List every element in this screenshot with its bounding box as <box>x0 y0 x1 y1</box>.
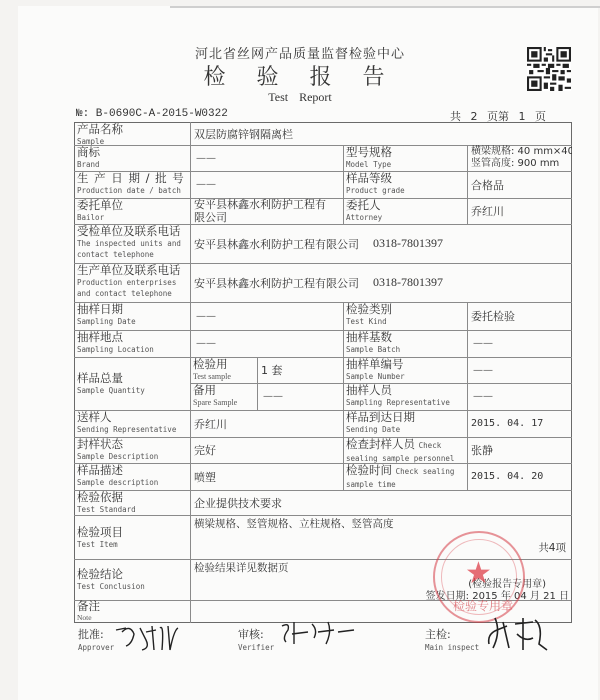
label-en-inline: Check sealing <box>396 467 455 476</box>
label-cn: 样品等级 <box>343 171 467 185</box>
value-check-time: 2015. 04. 20 <box>467 463 572 491</box>
label-en: Test Kind <box>343 316 467 327</box>
value-sampling-rep: —— <box>467 383 572 411</box>
label-cn: 产品名称 <box>74 122 190 136</box>
report-title: 检 验 报 告 <box>0 60 600 91</box>
label-en: Sample Batch <box>343 344 467 355</box>
label-sending-rep: 送样人 Sending Representative <box>74 410 191 438</box>
label-cn: 检验时间 <box>346 463 392 477</box>
standard-value: 企业提供技术要求 <box>190 495 282 511</box>
label-brand: 商标 Brand <box>74 145 191 172</box>
label-en: Bailor <box>74 212 190 223</box>
test-sample-value: 1 套 <box>257 362 283 378</box>
label-cn: 抽样单编号 <box>343 357 467 371</box>
sampling-location-value: —— <box>190 338 216 349</box>
label-en: Sample Quantity <box>74 385 190 396</box>
label-cn: 抽样日期 <box>74 302 190 316</box>
inspector-label: 主检: Main inspect <box>425 626 479 653</box>
label-cn: 送样人 <box>74 410 190 424</box>
label-en: Sending Date <box>343 424 467 435</box>
label-production: 生 产 日 期 / 批 号 Production date / batch <box>74 171 191 199</box>
label-seal-state: 封样状态 Sample Description <box>74 437 191 464</box>
label-conclusion: 检验结论 Test Conclusion <box>74 559 191 601</box>
sending-rep-value: 乔红川 <box>190 416 227 432</box>
label-cn: 封样状态 <box>74 437 190 451</box>
test-kind-value: 委托检验 <box>467 308 515 324</box>
label-test-sample: 检验用 Test sample <box>190 357 258 384</box>
label-cn: 生产单位及联系电话 <box>74 263 190 277</box>
label-en: Model Type <box>343 159 467 170</box>
label-en: Test Item <box>74 539 190 550</box>
label-en: sample time <box>343 479 467 490</box>
label-bailor: 委托单位 Bailor <box>74 198 191 225</box>
label-items: 检验项目 Test Item <box>74 515 191 560</box>
label-cn: 抽样人员 <box>343 383 467 397</box>
sampling-date-value: —— <box>190 311 216 322</box>
label-cn: 委托人 <box>343 198 467 212</box>
value-test-kind: 委托检验 <box>467 302 572 331</box>
label-quantity: 样品总量 Sample Quantity <box>74 357 191 411</box>
qr-code-icon <box>527 47 571 91</box>
note-value <box>190 605 194 618</box>
label-en: Sampling Date <box>74 316 190 327</box>
attorney-value: 乔红川 <box>467 203 504 219</box>
label-en: Approver <box>78 642 114 653</box>
scan-edge <box>170 6 600 8</box>
value-inspected: 安平县林鑫水利防护工程有限公司 0318-7801397 <box>190 224 572 264</box>
value-sending-rep: 乔红川 <box>190 410 344 438</box>
value-attorney: 乔红川 <box>467 198 572 225</box>
production-value: —— <box>190 179 216 190</box>
label-cn: 批准: <box>78 626 114 642</box>
approver-signature <box>112 620 192 654</box>
grade-value: 合格品 <box>467 177 504 193</box>
label-producer: 生产单位及联系电话 Production enterprises and con… <box>74 263 191 303</box>
label-sampling-date: 抽样日期 Sampling Date <box>74 302 191 331</box>
check-time-value: 2015. 04. 20 <box>467 471 543 482</box>
value-sample: 双层防腐锌钢隔离栏 <box>190 122 572 146</box>
label-en: The inspected units and <box>74 238 190 249</box>
beam-spec: 横梁规格: 40 mm×40 mm <box>467 146 572 158</box>
label-cn: 检验用 <box>190 357 257 371</box>
label-grade: 样品等级 Product grade <box>343 171 468 199</box>
label-sample-number: 抽样单编号 Sample Number <box>343 357 468 384</box>
bailor-line1: 安平县林鑫水利防护工程有 <box>190 198 343 211</box>
official-seal: ★ 检验专用章 <box>433 531 525 623</box>
label-en: Brand <box>74 159 190 170</box>
label-seal-checker: 检查封样人员 Check sealing sample personnel <box>343 437 468 464</box>
label-sample-batch: 抽样基数 Sample Batch <box>343 330 468 358</box>
approver-label: 批准: Approver <box>78 626 114 653</box>
label-sampling-rep: 抽样人员 Sampling Representative <box>343 383 468 411</box>
inspected-unit: 安平县林鑫水利防护工程有限公司 <box>190 236 359 252</box>
label-cn: 检验依据 <box>74 490 190 504</box>
bailor-line2: 限公司 <box>190 211 343 224</box>
value-production: —— <box>190 171 344 199</box>
label-cn: 受检单位及联系电话 <box>74 224 190 238</box>
label-cn: 抽样基数 <box>343 330 467 344</box>
label-en: contact telephone <box>74 249 190 260</box>
verifier-signature <box>278 618 358 648</box>
label-cn: 商标 <box>74 145 190 159</box>
label-en: Sample Number <box>343 371 467 382</box>
value-model: 横梁规格: 40 mm×40 mm 竖管高度: 900 mm <box>467 145 572 172</box>
label-en: Main inspect <box>425 642 479 653</box>
inspector-signature <box>485 614 555 654</box>
label-en: Attorney <box>343 212 467 223</box>
label-cn: 样品到达日期 <box>343 410 467 424</box>
label-cn: 备注 <box>74 600 190 613</box>
label-en: Test sample <box>190 371 257 382</box>
label-en: Sending Representative <box>74 424 190 435</box>
value-test-sample: 1 套 <box>257 357 344 384</box>
label-model: 型号规格 Model Type <box>343 145 468 172</box>
inspected-phone: 0318-7801397 <box>359 236 443 251</box>
label-cn: 型号规格 <box>343 145 467 159</box>
value-sample-number: —— <box>467 357 572 384</box>
sending-date-value: 2015. 04. 17 <box>467 418 543 429</box>
verifier-label: 审核: Verifier <box>238 626 274 653</box>
seal-state-value: 完好 <box>190 442 216 458</box>
label-cn: 委托单位 <box>74 198 190 212</box>
value-description: 喷塑 <box>190 463 344 491</box>
label-en: Spare Sample <box>190 397 257 408</box>
value-sampling-date: —— <box>190 302 344 331</box>
label-test-kind: 检验类别 Test Kind <box>343 302 468 331</box>
producer-phone: 0318-7801397 <box>359 275 443 290</box>
sample-number-value: —— <box>467 365 493 376</box>
label-en: Test Standard <box>74 504 190 515</box>
sampling-rep-value: —— <box>467 391 493 402</box>
sample-batch-value: —— <box>467 338 493 349</box>
value-producer: 安平县林鑫水利防护工程有限公司 0318-7801397 <box>190 263 572 303</box>
label-cn: 样品描述 <box>74 463 190 477</box>
label-en: Test Conclusion <box>74 581 190 592</box>
description-value: 喷塑 <box>190 469 216 485</box>
label-standard: 检验依据 Test Standard <box>74 490 191 516</box>
label-cn: 抽样地点 <box>74 330 190 344</box>
star-icon: ★ <box>465 559 492 589</box>
label-en: Sample description <box>74 477 190 488</box>
label-cn: 审核: <box>238 626 274 642</box>
label-description: 样品描述 Sample description <box>74 463 191 491</box>
value-seal-state: 完好 <box>190 437 344 464</box>
label-cn: 检验结论 <box>74 567 190 581</box>
label-en: Sampling Location <box>74 344 190 355</box>
label-sample: 产品名称 Sample <box>74 122 191 146</box>
label-cn: 检查封样人员 <box>346 437 415 451</box>
label-en: Sampling Representative <box>343 397 467 408</box>
label-cn: 检验类别 <box>343 302 467 316</box>
value-spare-sample: —— <box>257 383 344 411</box>
label-check-time: 检验时间 Check sealing sample time <box>343 463 468 491</box>
label-cn: 备用 <box>190 383 257 397</box>
report-number: №: B-0690C-A-2015-W0322 <box>76 108 228 120</box>
label-sending-date: 样品到达日期 Sending Date <box>343 410 468 438</box>
label-cn: 检验项目 <box>74 525 190 539</box>
label-en: Production date / batch <box>74 185 190 196</box>
label-cn: 生 产 日 期 / 批 号 <box>74 171 190 185</box>
items-list: 横梁规格、竖管规格、立柱规格、竖管高度 <box>190 515 572 531</box>
label-sampling-location: 抽样地点 Sampling Location <box>74 330 191 358</box>
value-bailor: 安平县林鑫水利防护工程有 限公司 <box>190 198 344 225</box>
seal-checker-value: 张静 <box>467 442 493 458</box>
value-sample-batch: —— <box>467 330 572 358</box>
label-cn: 主检: <box>425 626 479 642</box>
brand-value: —— <box>190 153 216 164</box>
spare-sample-value: —— <box>257 391 283 402</box>
producer-unit: 安平县林鑫水利防护工程有限公司 <box>190 275 359 291</box>
value-sending-date: 2015. 04. 17 <box>467 410 572 438</box>
label-en: Verifier <box>238 642 274 653</box>
pipe-height: 竖管高度: 900 mm <box>467 158 572 170</box>
value-grade: 合格品 <box>467 171 572 199</box>
report-subtitle: Test Report <box>0 90 600 105</box>
label-en-inline: Check <box>419 441 442 450</box>
label-spare-sample: 备用 Spare Sample <box>190 383 258 411</box>
label-en: Production enterprises <box>74 277 190 288</box>
value-sampling-location: —— <box>190 330 344 358</box>
label-en: Product grade <box>343 185 467 196</box>
value-seal-checker: 张静 <box>467 437 572 464</box>
items-count: 共4项 <box>534 540 566 555</box>
label-en: and contact telephone <box>74 288 190 299</box>
label-en: Sample Description <box>74 451 190 462</box>
value-standard: 企业提供技术要求 <box>190 490 572 516</box>
label-attorney: 委托人 Attorney <box>343 198 468 225</box>
sample-name: 双层防腐锌钢隔离栏 <box>190 126 293 142</box>
label-inspected: 受检单位及联系电话 The inspected units and contac… <box>74 224 191 264</box>
label-cn: 样品总量 <box>74 371 190 385</box>
value-brand: —— <box>190 145 344 172</box>
seal-text: 检验专用章 <box>453 597 513 614</box>
